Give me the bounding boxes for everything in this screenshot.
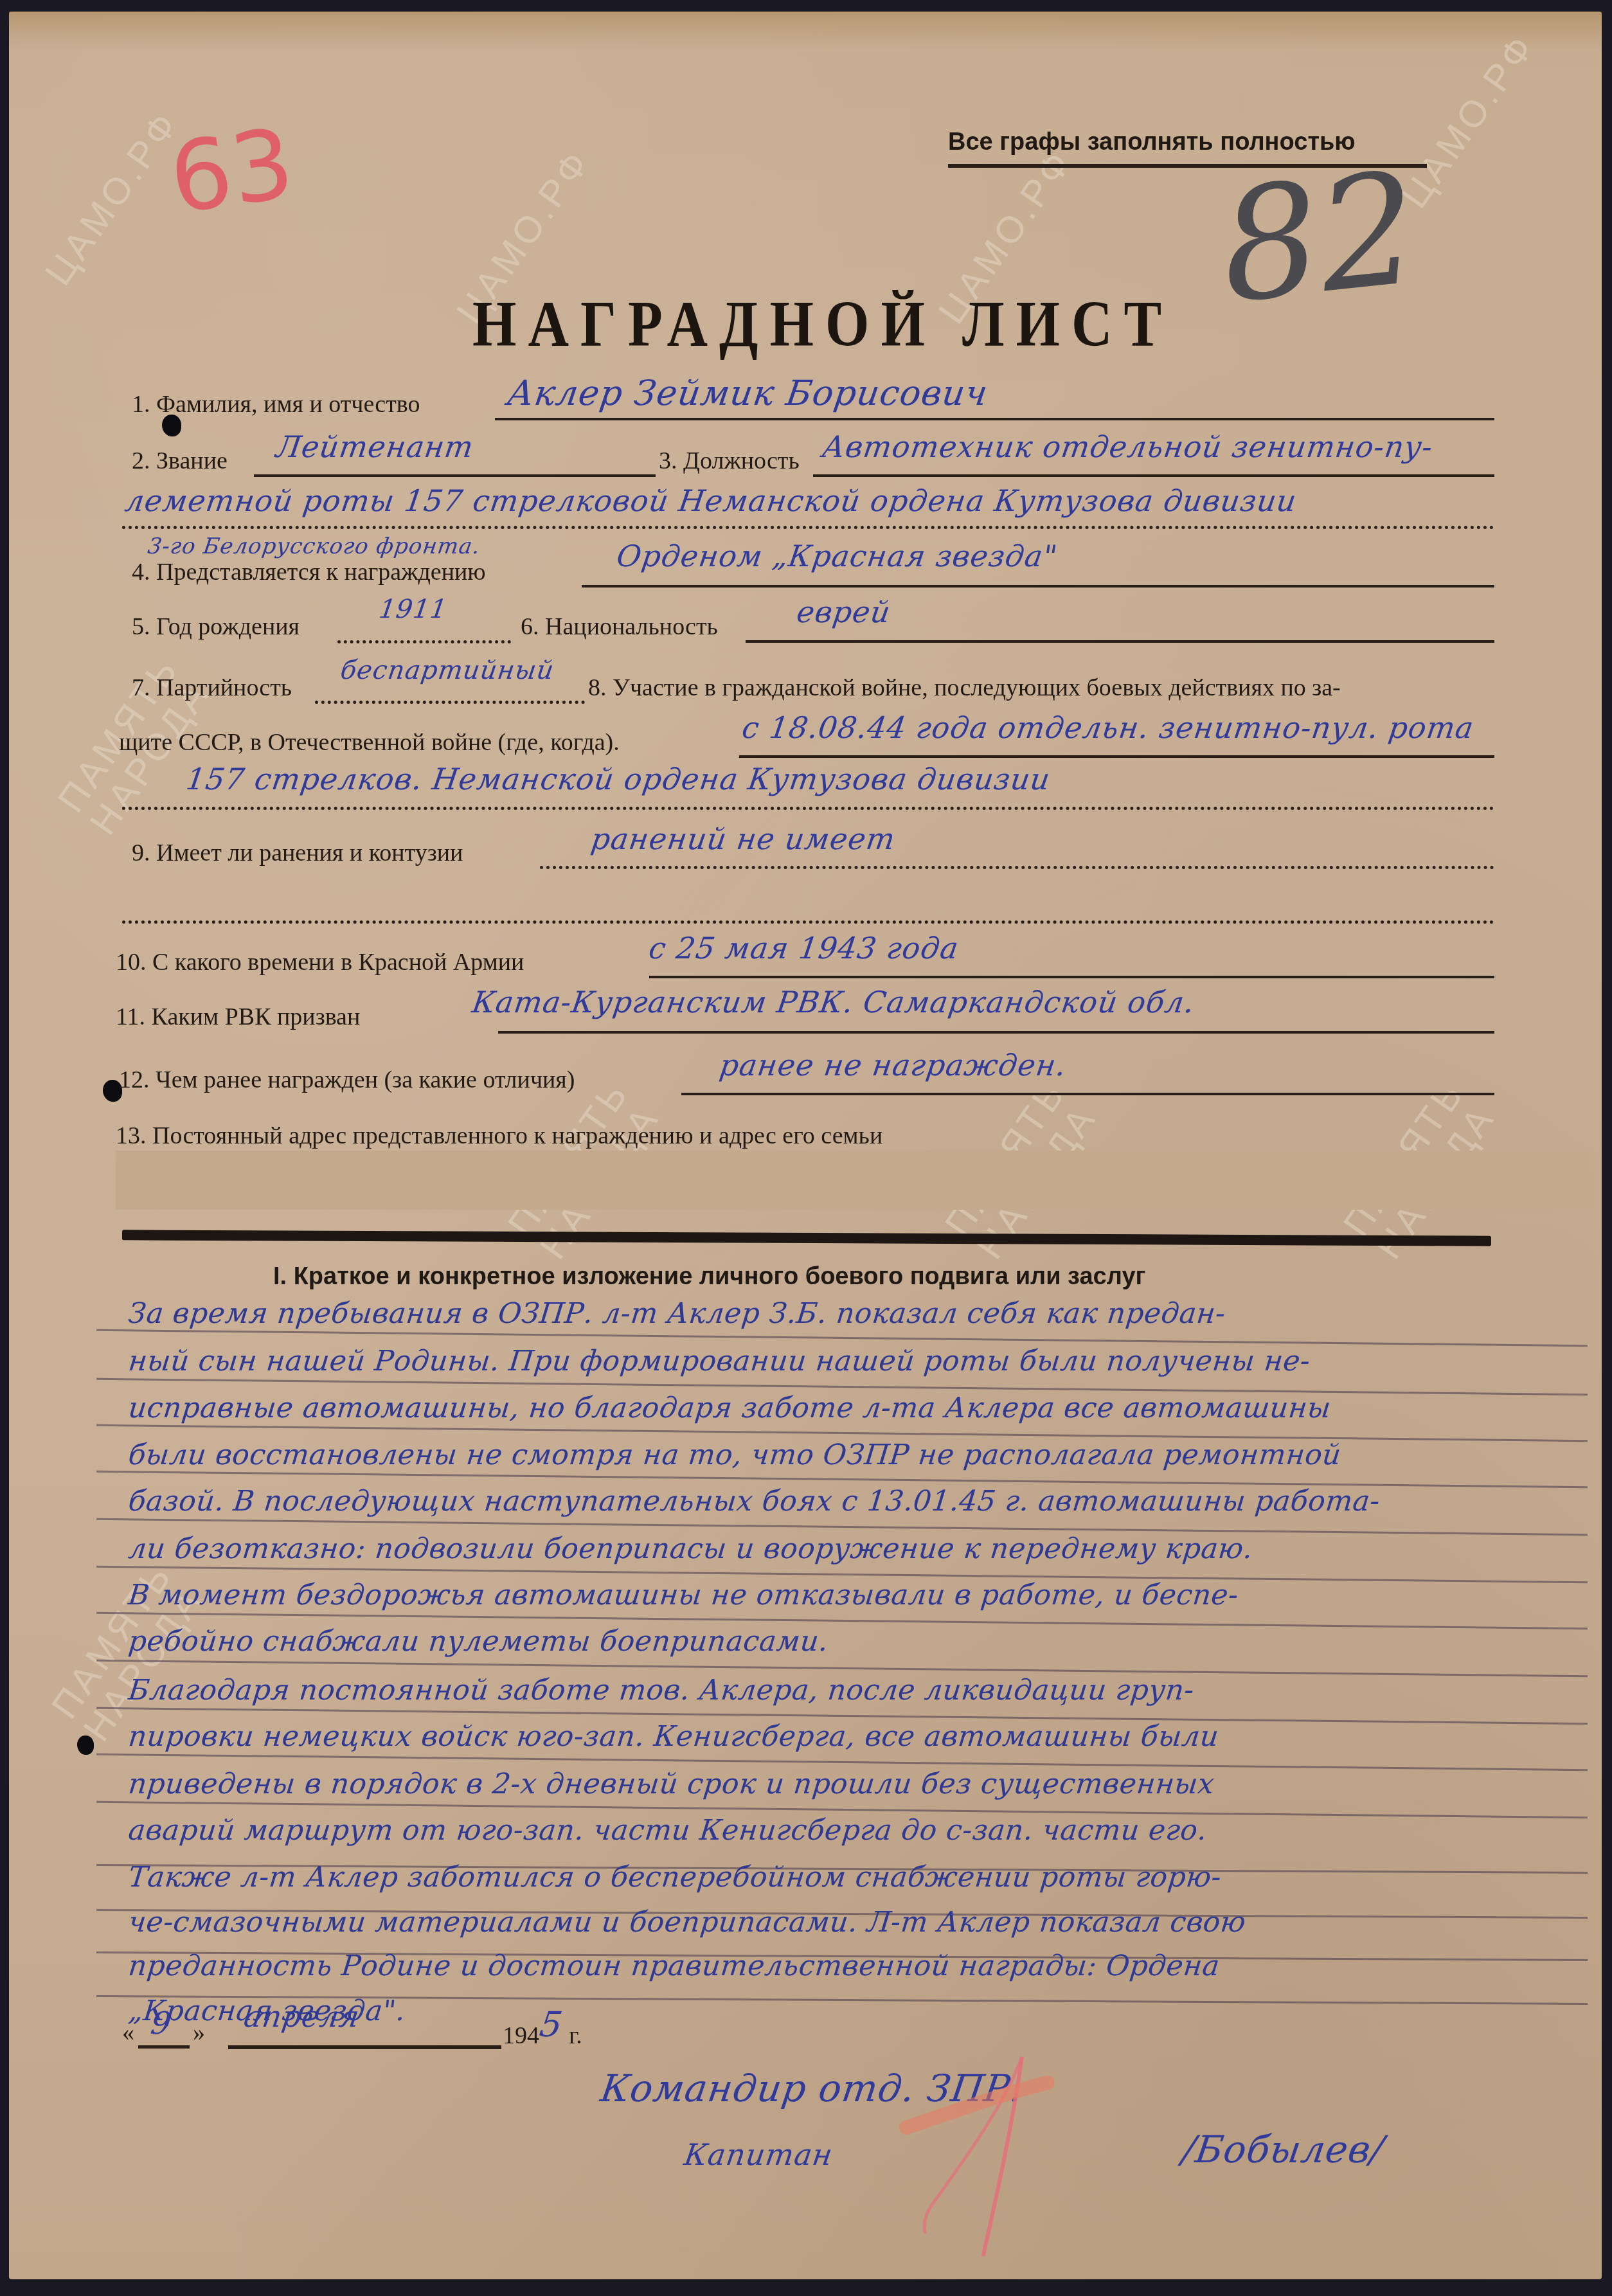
- field-7-label: 7. Партийность: [132, 674, 292, 702]
- body-line: Благодаря постоянной заботе тов. Аклера,…: [127, 1674, 1196, 1707]
- field-12-label: 12. Чем ранее награжден (за какие отличи…: [119, 1066, 575, 1094]
- field-12-line: [681, 1093, 1494, 1095]
- section-1-heading: I. Краткое и конкретное изложение личног…: [273, 1263, 1145, 1291]
- field-8-label-line2: щите СССР, в Отечественной войне (где, к…: [119, 728, 620, 757]
- field-12-value[interactable]: ранее не награжден.: [717, 1048, 1068, 1082]
- field-1-value[interactable]: Аклер Зеймик Борисович: [505, 373, 991, 413]
- body-line: За время пребывания в ОЗПР. л-т Аклер З.…: [127, 1297, 1227, 1330]
- field-3-value[interactable]: Автотехник отдельной зенитно-пу-: [820, 429, 1435, 464]
- paper-stain: [9, 12, 1602, 50]
- field-6-line: [746, 640, 1494, 643]
- field-3-value-line2[interactable]: леметной роты 157 стрелковой Неманской о…: [123, 483, 1299, 518]
- field-4-label: 4. Представляется к награждению: [132, 558, 486, 586]
- field-10-value[interactable]: с 25 мая 1943 года: [647, 931, 961, 965]
- date-year-prefix: 194: [503, 2022, 539, 2050]
- body-line: приведены в порядок в 2-х дневный срок и…: [127, 1768, 1216, 1800]
- archive-red-number: 63: [163, 108, 300, 236]
- field-3-dotted-line: [122, 526, 1494, 529]
- field-1-line: [495, 418, 1494, 420]
- date-quote-close: »: [193, 2018, 205, 2047]
- body-line: базой. В последующих наступательных боях…: [127, 1485, 1381, 1518]
- punch-hole: [77, 1735, 94, 1755]
- field-2-line: [254, 474, 656, 477]
- date-suffix: г.: [569, 2022, 582, 2050]
- field-9-line: [540, 866, 1494, 869]
- field-10-label: 10. С какого времени в Красной Армии: [116, 948, 524, 976]
- field-8-label: 8. Участие в гражданской войне, последую…: [588, 674, 1341, 702]
- red-pencil-signature-icon: [887, 2050, 1054, 2263]
- field-7-value[interactable]: беспартийный: [339, 656, 556, 685]
- signer-rank: Капитан: [682, 2137, 835, 2172]
- field-9-value[interactable]: ранений не имеет: [589, 821, 897, 856]
- body-line: исправные автомашины, но благодаря забот…: [127, 1392, 1332, 1424]
- instruction-note: Все графы заполнять полностью: [948, 129, 1356, 156]
- field-8-value-line2[interactable]: 157 стрелков. Неманской ордена Кутузова …: [184, 762, 1052, 796]
- field-5-line: [337, 640, 511, 643]
- archive-pencil-number: 82: [1212, 138, 1426, 337]
- date-day-line: [138, 2045, 190, 2049]
- date-month-line: [228, 2045, 501, 2049]
- body-line: В момент бездорожья автомашины не отказы…: [127, 1579, 1240, 1611]
- field-1-label: 1. Фамилия, имя и отчество: [132, 390, 420, 418]
- field-3-label: 3. Должность: [659, 447, 800, 475]
- field-5-label: 5. Год рождения: [132, 613, 300, 641]
- field-11-value[interactable]: Ката-Курганским РВК. Самаркандской обл.: [470, 985, 1197, 1019]
- body-line: пировки немецких войск юго-зап. Кенигсбе…: [127, 1720, 1220, 1753]
- field-13-label: 13. Постоянный адрес представленного к н…: [116, 1122, 882, 1150]
- redacted-address-area: [116, 1151, 1593, 1210]
- field-9-label: 9. Имеет ли ранения и контузии: [132, 839, 463, 867]
- field-6-label: 6. Национальность: [521, 613, 718, 641]
- body-line: че-смазочными материалами и боеприпасами…: [127, 1906, 1248, 1939]
- body-line: были восстановлены не смотря на то, что …: [127, 1439, 1343, 1471]
- date-month[interactable]: апреля: [242, 1999, 362, 2034]
- field-11-label: 11. Каким РВК призван: [116, 1003, 360, 1031]
- field-4-value[interactable]: Орденом „Красная звезда": [614, 539, 1060, 573]
- body-line: ли безотказно: подвозили боеприпасы и во…: [127, 1532, 1255, 1565]
- field-10-line: [649, 976, 1494, 978]
- field-3-value-line3[interactable]: 3-го Белорусского фронта.: [146, 534, 482, 559]
- field-3-line: [813, 474, 1494, 477]
- body-line: преданность Родине и достоин правительст…: [127, 1950, 1221, 1982]
- date-quote-open: «: [122, 2018, 134, 2047]
- field-7-line: [315, 701, 585, 704]
- document-title: НАГРАДНОЙ ЛИСТ: [472, 287, 1173, 362]
- body-line: ребойно снабжали пулеметы боеприпасами.: [127, 1625, 830, 1658]
- field-4-line: [582, 585, 1494, 587]
- field-2-value[interactable]: Лейтенант: [274, 429, 476, 464]
- instruction-underline: [948, 164, 1427, 168]
- field-6-value[interactable]: еврей: [794, 595, 893, 629]
- body-line: аварий маршрут от юго-зап. части Кенигсб…: [127, 1814, 1208, 1847]
- body-line: ный сын нашей Родины. При формировании н…: [127, 1345, 1312, 1377]
- field-5-value[interactable]: 1911: [377, 595, 449, 624]
- field-8-dotted-line: [122, 807, 1494, 810]
- field-8-value[interactable]: с 18.08.44 года отдельн. зенитно-пул. ро…: [740, 710, 1476, 745]
- field-9-extra-line: [122, 920, 1494, 924]
- field-8-line: [739, 755, 1494, 758]
- body-line: Также л-т Аклер заботился о бесперебойно…: [127, 1861, 1222, 1894]
- field-11-line: [498, 1031, 1494, 1034]
- signer-name: /Бобылев/: [1179, 2128, 1387, 2171]
- field-2-label: 2. Звание: [132, 447, 228, 475]
